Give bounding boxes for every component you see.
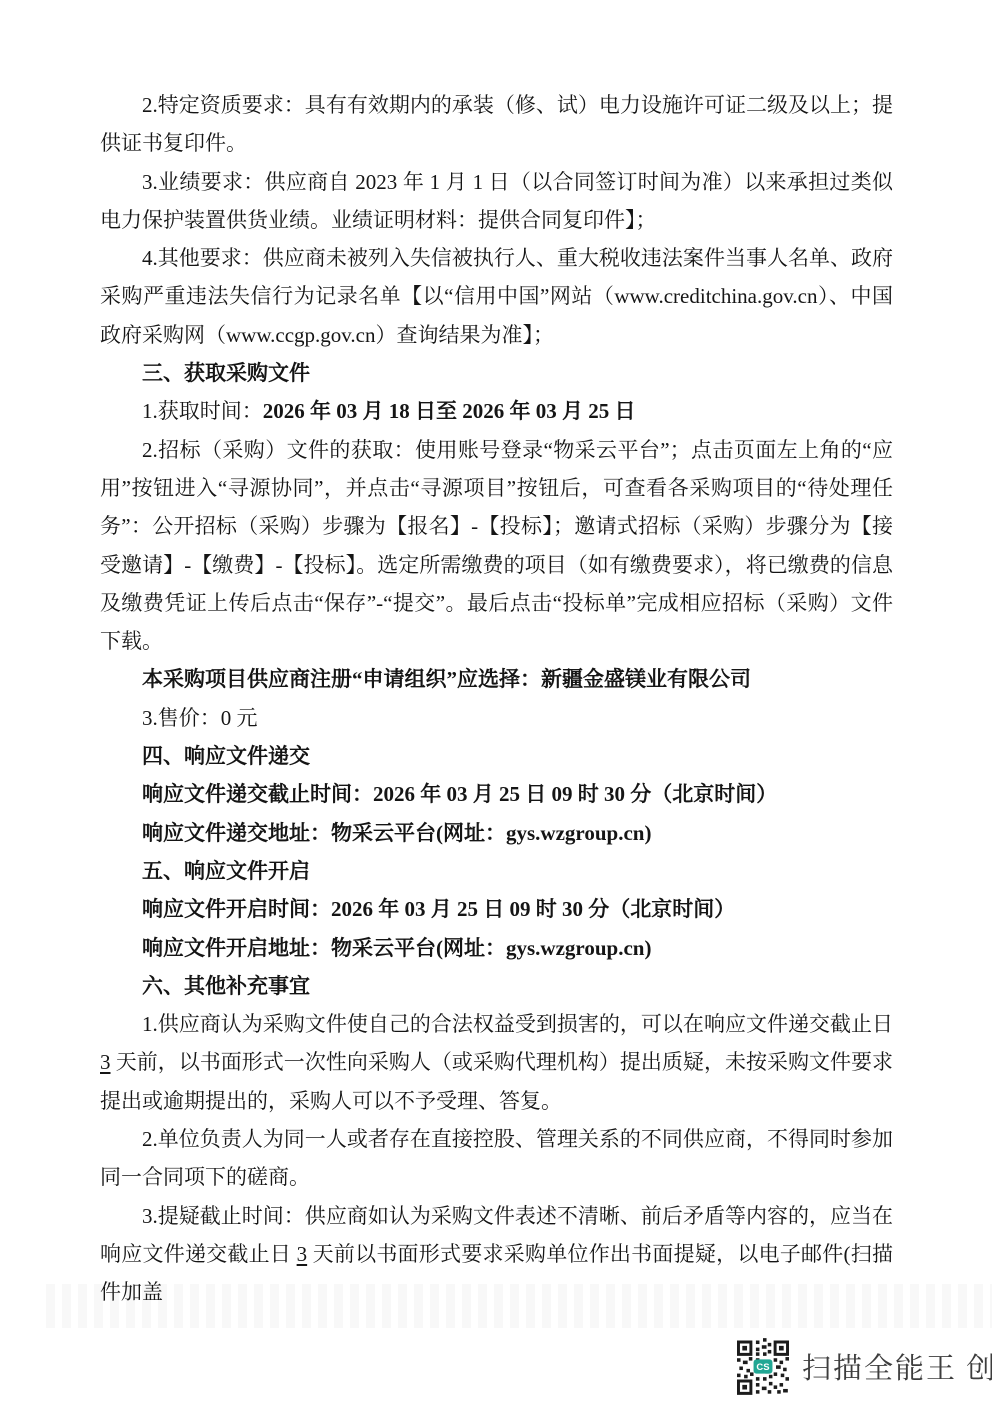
heading-section-4-response-submission: 四、响应文件递交: [100, 737, 893, 775]
paragraph-text: 3.业绩要求：供应商自 2023 年 1 月 1 日（以合同签订时间为准）以来承…: [100, 170, 893, 232]
heading-section-6-other-matters: 六、其他补充事宜: [100, 967, 893, 1005]
heading-text: 六、其他补充事宜: [142, 974, 310, 998]
paragraph-text: 响应文件递交截止时间：2026 年 03 月 25 日 09 时 30 分（北京…: [142, 782, 777, 806]
paragraph-text: 1.获取时间：: [142, 399, 263, 423]
heading-section-3-obtain-documents: 三、获取采购文件: [100, 354, 893, 392]
heading-text: 五、响应文件开启: [142, 859, 310, 883]
paragraph-opening-address: 响应文件开启地址：物采云平台(网址：gys.wzgroup.cn): [100, 929, 893, 967]
paragraph-text: 4.其他要求：供应商未被列入失信被执行人、重大税收违法案件当事人名单、政府采购严…: [100, 246, 893, 347]
camscanner-footer: CS 扫描全能王 创建: [737, 1338, 992, 1395]
paragraph-text: 2.招标（采购）文件的获取：使用账号登录“物采云平台”；点击页面左上角的“应用”…: [100, 438, 893, 653]
paragraph-submission-address: 响应文件递交地址：物采云平台(网址：gys.wzgroup.cn): [100, 814, 893, 852]
paragraph-text: 3.售价：0 元: [142, 706, 258, 730]
paragraph-submission-deadline: 响应文件递交截止时间：2026 年 03 月 25 日 09 时 30 分（北京…: [100, 775, 893, 813]
paragraph-price: 3.售价：0 元: [100, 699, 893, 737]
heading-section-5-response-opening: 五、响应文件开启: [100, 852, 893, 890]
camscanner-qr-icon: CS: [737, 1338, 789, 1395]
heading-text: 四、响应文件递交: [142, 744, 310, 768]
underlined-days-value: 3: [100, 1050, 111, 1074]
paragraph-obtain-time: 1.获取时间：2026 年 03 月 18 日至 2026 年 03 月 25 …: [100, 392, 893, 430]
paragraph-text: 2.单位负责人为同一人或者存在直接控股、管理关系的不同供应商，不得同时参加同一合…: [100, 1127, 893, 1189]
paragraph-text: 响应文件递交地址：物采云平台(网址：gys.wzgroup.cn): [142, 821, 651, 845]
paragraph-text: 响应文件开启地址：物采云平台(网址：gys.wzgroup.cn): [142, 936, 651, 960]
document-page: 2.特定资质要求：具有有效期内的承装（修、试）电力设施许可证二级及以上；提供证书…: [100, 86, 893, 1312]
paragraph-query-deadline: 3.提疑截止时间：供应商如认为采购文件表述不清晰、前后矛盾等内容的，应当在响应文…: [100, 1197, 893, 1312]
heading-text: 三、获取采购文件: [142, 361, 310, 385]
paragraph-opening-time: 响应文件开启时间：2026 年 03 月 25 日 09 时 30 分（北京时间…: [100, 890, 893, 928]
obtain-date-range: 2026 年 03 月 18 日至 2026 年 03 月 25 日: [263, 399, 636, 423]
paragraph-text: 天前，以书面形式一次性向采购人（或采购代理机构）提出质疑，未按采购文件要求提出或…: [100, 1050, 893, 1112]
paragraph-register-organization: 本采购项目供应商注册“申请组织”应选择：新疆金盛镁业有限公司: [100, 660, 893, 698]
paragraph-other-requirement: 4.其他要求：供应商未被列入失信被执行人、重大税收违法案件当事人名单、政府采购严…: [100, 239, 893, 354]
paragraph-text: 本采购项目供应商注册“申请组织”应选择：新疆金盛镁业有限公司: [142, 667, 751, 691]
cs-badge-label: CS: [756, 1362, 769, 1373]
camscanner-credit-text: 扫描全能王 创建: [802, 1346, 992, 1387]
paragraph-same-person-restriction: 2.单位负责人为同一人或者存在直接控股、管理关系的不同供应商，不得同时参加同一合…: [100, 1120, 893, 1197]
paragraph-text: 1.供应商认为采购文件使自己的合法权益受到损害的，可以在响应文件递交截止日: [142, 1012, 893, 1036]
paragraph-qualification-requirement: 2.特定资质要求：具有有效期内的承装（修、试）电力设施许可证二级及以上；提供证书…: [100, 86, 893, 163]
paragraph-text: 响应文件开启时间：2026 年 03 月 25 日 09 时 30 分（北京时间…: [142, 897, 735, 921]
paragraph-performance-requirement: 3.业绩要求：供应商自 2023 年 1 月 1 日（以合同签订时间为准）以来承…: [100, 163, 893, 240]
underlined-days-value: 3: [297, 1242, 308, 1266]
paragraph-document-acquisition-steps: 2.招标（采购）文件的获取：使用账号登录“物采云平台”；点击页面左上角的“应用”…: [100, 431, 893, 661]
paragraph-supplier-objection: 1.供应商认为采购文件使自己的合法权益受到损害的，可以在响应文件递交截止日 3 …: [100, 1005, 893, 1120]
paragraph-text: 2.特定资质要求：具有有效期内的承装（修、试）电力设施许可证二级及以上；提供证书…: [100, 93, 893, 155]
